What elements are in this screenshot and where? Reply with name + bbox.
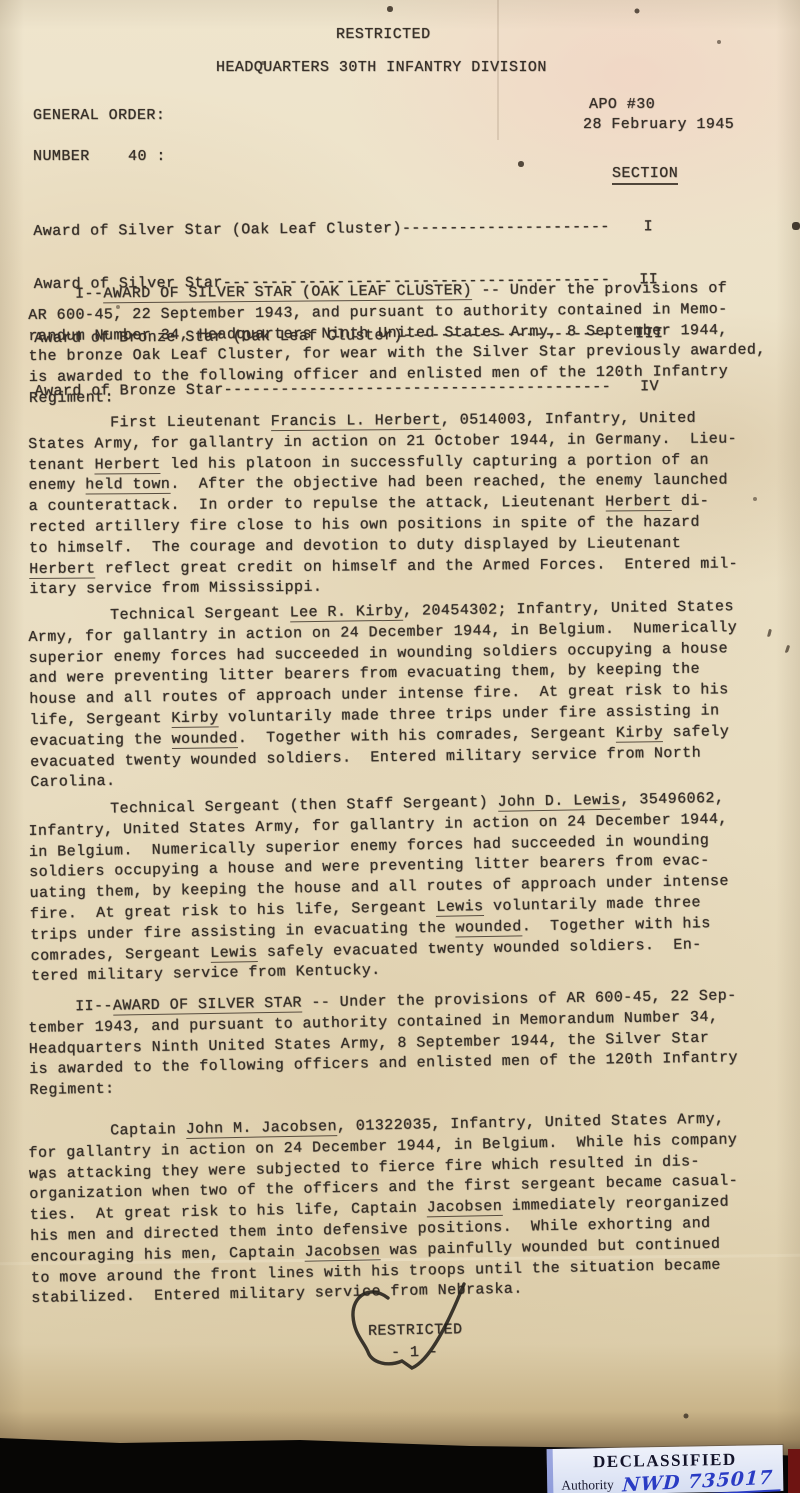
paragraph-section-ii-heading: II--AWARD OF SILVER STAR -- Under the pr…	[28, 987, 774, 1103]
date-line: 28 February 1945	[583, 116, 734, 133]
apo-line: APO #30	[589, 96, 655, 113]
classification-banner: RESTRICTED	[336, 26, 431, 43]
toc-label: Award of Silver Star (Oak Leaf Cluster)	[33, 220, 402, 242]
toc-leader: ----------------------------------------…	[402, 218, 609, 239]
stamp-authority-label: Authority	[561, 1477, 614, 1493]
paper-sheet: RESTRICTED HEADQUARTERS 30TH INFANTRY DI…	[0, 0, 800, 1493]
number-label: NUMBER	[33, 148, 90, 165]
declassified-stamp: DECLASSIFIED Authority NWD 735017	[547, 1445, 784, 1493]
paragraph-citation-herbert: First Lieutenant Francis L. Herbert, 051…	[28, 409, 773, 602]
section-column-heading: SECTION	[612, 165, 678, 185]
scanned-document: RESTRICTED HEADQUARTERS 30TH INFANTRY DI…	[0, 0, 800, 1493]
stamp-edge-bar	[547, 1449, 554, 1493]
toc-section-numeral: I	[608, 218, 688, 238]
scan-edge-red-artifact	[788, 1449, 800, 1493]
paragraph-citation-lewis: Technical Sergeant (then Staff Sergeant)…	[28, 789, 775, 989]
paragraph-citation-kirby: Technical Sergeant Lee R. Kirby, 2045430…	[28, 598, 775, 796]
paper-speckles	[0, 0, 2, 2]
number-value: 40 :	[128, 148, 166, 165]
toc-row: Award of Silver Star (Oak Leaf Cluster) …	[33, 218, 688, 243]
general-order-label: GENERAL ORDER:	[33, 107, 165, 124]
headquarters-line: HEADQUARTERS 30TH INFANTRY DIVISION	[216, 59, 547, 76]
pen-scribble-mark	[330, 1276, 490, 1380]
paragraph-section-i-heading: I--AWARD OF SILVER STAR (OAK LEAF CLUSTE…	[28, 280, 773, 411]
